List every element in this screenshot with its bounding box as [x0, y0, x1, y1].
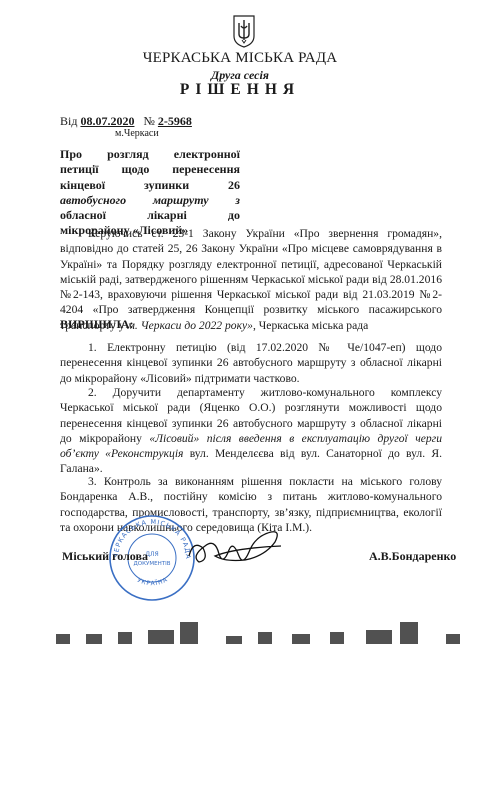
council-name: ЧЕРКАСЬКА МІСЬКА РАДА [0, 50, 480, 67]
resolution-item-1: 1. Електронну петицію (від 17.02.2020 № … [60, 340, 442, 386]
decision-meta: Від 08.07.2020 № 2-5968 [60, 114, 192, 129]
ukraine-coat-of-arms-icon [232, 14, 256, 48]
decision-subject: Про розгляд електронної петиції щодо пер… [60, 147, 240, 239]
subject-line: кінцевої зупинки 26 [60, 178, 240, 193]
number-label: № [143, 114, 154, 128]
subject-line: петиції щодо перенесення [60, 162, 240, 177]
decision-number: 2-5968 [158, 114, 192, 128]
resolved-label: ВИРІШИЛА: [60, 317, 133, 332]
subject-line: обласної лікарні до [60, 208, 240, 223]
city: м.Черкаси [115, 128, 159, 139]
preamble-text-end: , Черкаська міська рада [253, 319, 368, 332]
subject-line: автобусного маршруту з [60, 193, 240, 208]
signatory-name: А.В.Бондаренко [369, 549, 456, 564]
signatory-position: Міський голова [62, 549, 148, 564]
preamble-italic-text: м. Черкаси до 2022 року» [127, 319, 253, 332]
subject-line: Про розгляд електронної [60, 147, 240, 162]
from-label: Від [60, 114, 77, 128]
svg-text:УКРАЇНА: УКРАЇНА [136, 576, 169, 587]
document-page: ЧЕРКАСЬКА МІСЬКА РАДА Друга сесія РІШЕНН… [0, 0, 480, 788]
handwritten-signature [185, 526, 285, 574]
decision-date: 08.07.2020 [80, 114, 134, 128]
resolution-item-2: 2. Доручити департаменту житлово-комунал… [60, 385, 442, 477]
document-type-title: РІШЕННЯ [0, 81, 480, 99]
scan-barcode-artifact [50, 612, 470, 652]
